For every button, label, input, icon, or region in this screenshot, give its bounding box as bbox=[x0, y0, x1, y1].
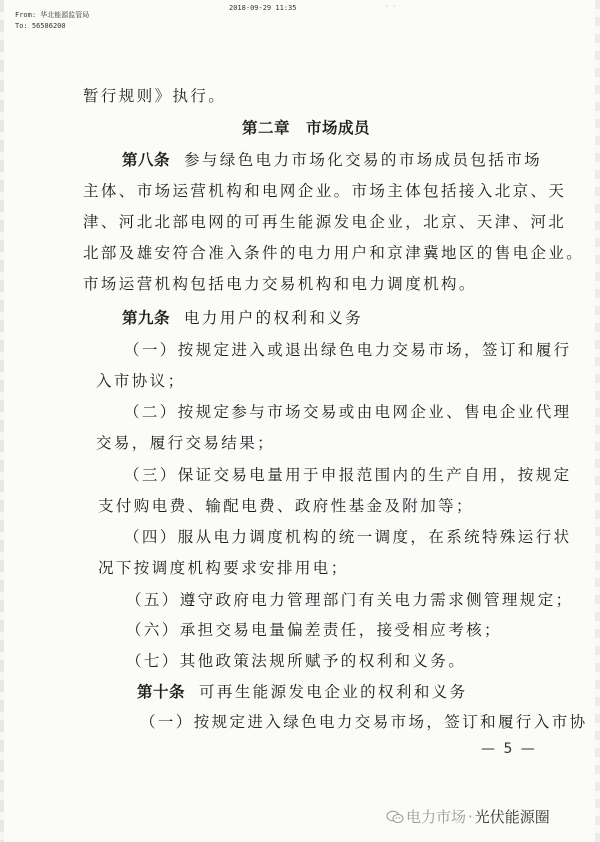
chapter-title: 市场成员 bbox=[306, 119, 370, 137]
article-9-heading: 第九条电力用户的权利和义务 bbox=[122, 308, 363, 328]
fax-timestamp: 2018-09-29 11:35 bbox=[229, 4, 296, 12]
watermark-text-part-1: 电力市场 bbox=[406, 806, 466, 827]
article-10-item-1-line-1: （一）按规定进入绿色电力交易市场，签订和履行入市协 bbox=[140, 712, 588, 732]
fax-to: To: 56586200 bbox=[15, 22, 66, 30]
article-8-number: 第八条 bbox=[122, 151, 170, 169]
fax-to-label: To: bbox=[15, 22, 28, 30]
watermark: 电力市场 · 光伏能源圈 bbox=[386, 806, 550, 827]
fax-from: From: 华北能源监管局 bbox=[15, 10, 89, 20]
scan-edge-left bbox=[0, 0, 4, 842]
article-10-number: 第十条 bbox=[137, 683, 185, 701]
scan-edge-right bbox=[595, 0, 600, 842]
fax-from-value: 华北能源监管局 bbox=[40, 11, 89, 19]
article-9-title: 电力用户的权利和义务 bbox=[184, 309, 363, 327]
chapter-number: 第二章 bbox=[242, 119, 290, 137]
article-9-item-3-line-2: 支付购电费、输配电费、政府性基金及附加等； bbox=[98, 496, 474, 516]
article-9-item-7: （七）其他政策法规所赋予的权利和义务。 bbox=[126, 651, 466, 671]
chapter-heading: 第二章市场成员 bbox=[242, 118, 370, 138]
fax-corner-marks: · · bbox=[385, 3, 396, 10]
page-number: — 5 — bbox=[481, 741, 537, 757]
article-9-item-3-line-1: （三）保证交易电量用于申报范围内的生产自用，按规定 bbox=[124, 465, 572, 485]
article-9-item-1-line-1: （一）按规定进入或退出绿色电力交易市场，签订和履行 bbox=[124, 340, 572, 360]
article-9-item-2-line-2: 交易，履行交易结果； bbox=[96, 433, 275, 453]
article-8-text: 参与绿色电力市场化交易的市场成员包括市场 bbox=[184, 151, 542, 169]
article-9-item-4-line-2: 况下按调度机构要求安排用电； bbox=[98, 558, 349, 578]
continuation-text: 暂行规则》执行。 bbox=[83, 86, 226, 106]
article-8-line-4: 北部及雄安符合准入条件的电力用户和京津冀地区的售电企业。 bbox=[83, 243, 584, 263]
watermark-text-part-2: 光伏能源圈 bbox=[475, 806, 550, 827]
watermark-obscured: · bbox=[468, 808, 473, 826]
fax-to-value: 56586200 bbox=[32, 22, 66, 30]
article-8-line-2: 主体、市场运营机构和电网企业。市场主体包括接入北京、天 bbox=[83, 181, 566, 201]
fax-from-label: From: bbox=[15, 11, 36, 19]
wechat-icon bbox=[386, 810, 404, 824]
article-9-item-5: （五）遵守政府电力管理部门有关电力需求侧管理规定； bbox=[126, 590, 574, 610]
article-9-item-6: （六）承担交易电量偏差责任，接受相应考核； bbox=[126, 620, 502, 640]
article-9-item-1-line-2: 入市协议； bbox=[96, 371, 186, 391]
article-8-line-5: 市场运营机构包括电力交易机构和电力调度机构。 bbox=[83, 274, 477, 294]
article-9-item-2-line-1: （二）按规定参与市场交易或由电网企业、售电企业代理 bbox=[124, 402, 572, 422]
article-8-line-1: 第八条参与绿色电力市场化交易的市场成员包括市场 bbox=[122, 150, 542, 170]
article-8-line-3: 津、河北北部电网的可再生能源发电企业，北京、天津、河北 bbox=[83, 212, 566, 232]
article-10-title: 可再生能源发电企业的权利和义务 bbox=[199, 683, 468, 701]
article-9-number: 第九条 bbox=[122, 309, 170, 327]
article-10-heading: 第十条可再生能源发电企业的权利和义务 bbox=[137, 682, 468, 702]
article-9-item-4-line-1: （四）服从电力调度机构的统一调度，在系统特殊运行状 bbox=[124, 527, 572, 547]
